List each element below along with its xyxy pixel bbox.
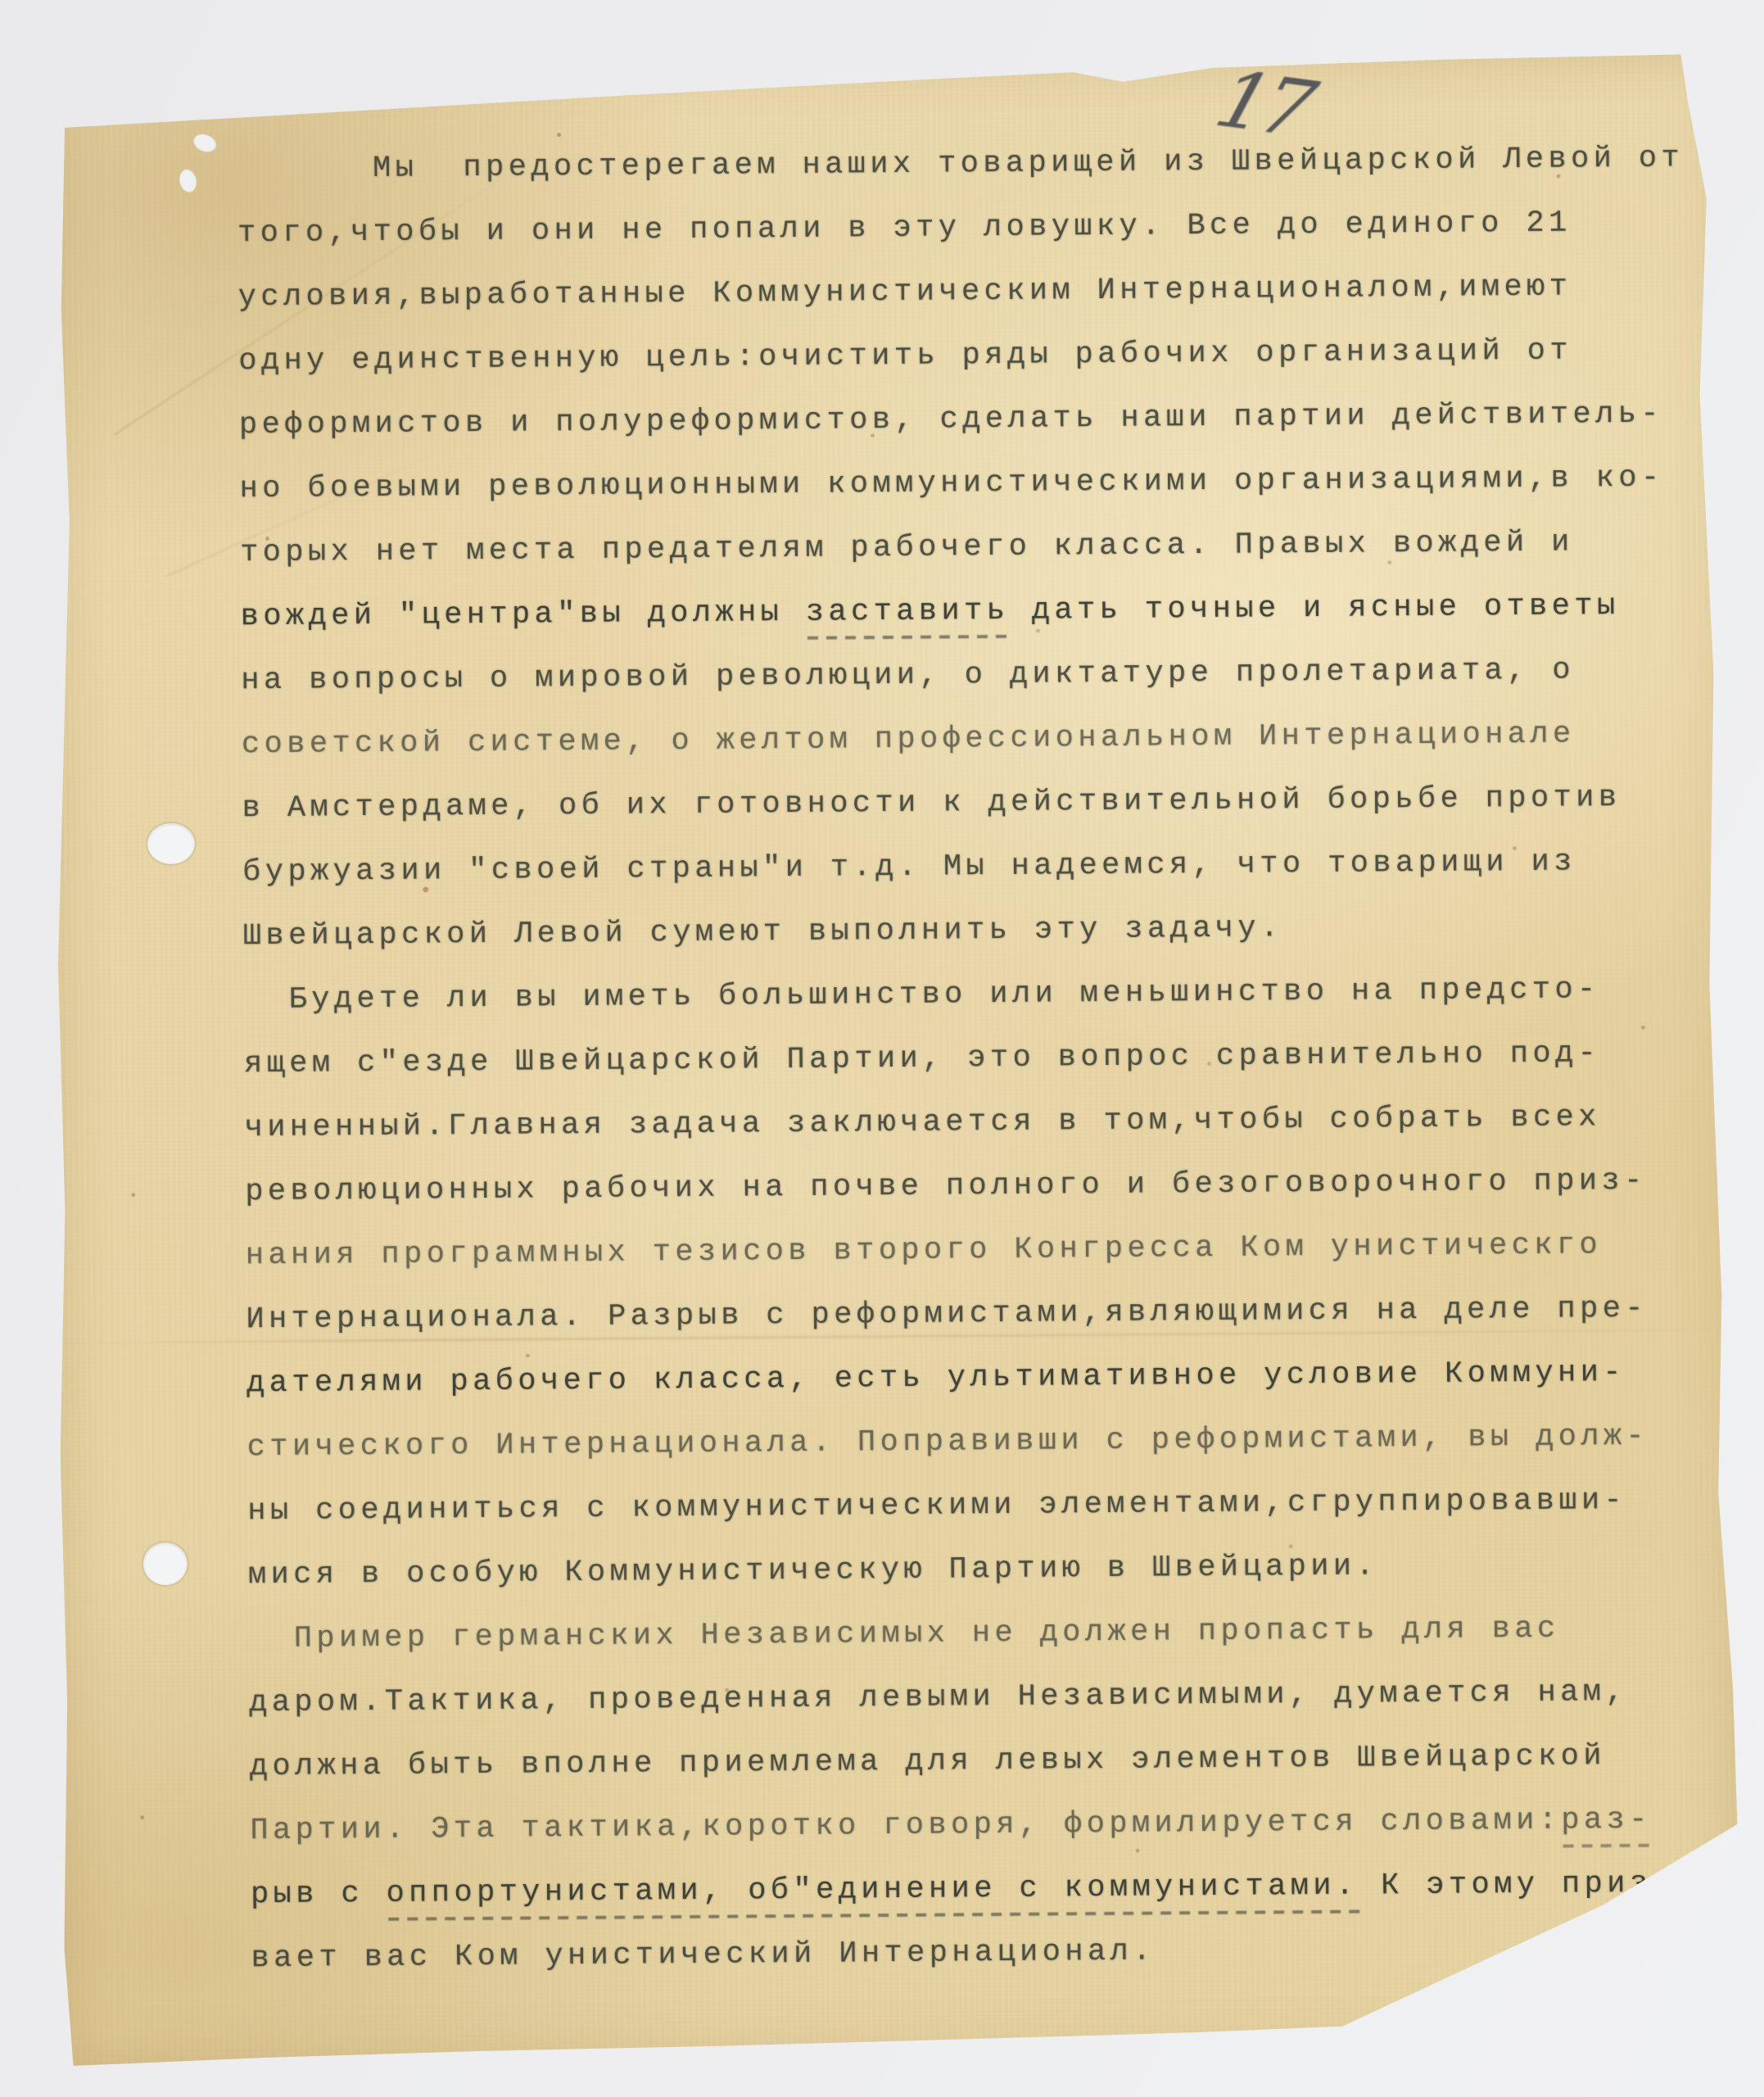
edge-tear [178,168,199,194]
punch-hole [147,823,195,864]
typed-line: Будете ли вы иметь большинство или меньш… [243,957,1743,1032]
typed-line: нания программных тезисов второго Конгре… [246,1212,1745,1288]
punch-hole [143,1542,188,1585]
typed-line: вождей "центра"вы должны заставить дать … [240,573,1739,649]
dashed-underlined-text: оппортунистами, об"единение с коммуниста… [386,1869,1358,1911]
typed-line: в Амстердаме, об их готовности к действи… [242,765,1741,840]
typed-line: торых нет места предателям рабочего клас… [240,510,1739,585]
scan-background: 17 Мы предостерегаем наших товарищей из … [0,0,1764,2097]
typed-line: того,чтобы и они не попали в эту ловушку… [237,190,1737,265]
typed-line: условия,выработанные Коммунистическим Ин… [237,254,1737,329]
edge-tear [191,131,218,155]
typed-line: должна быть вполне приемлема для левых э… [249,1723,1748,1799]
typed-line: ны соединиться с коммунистическими элеме… [247,1468,1747,1543]
typed-line: Пример германских Независимых не должен … [248,1596,1748,1671]
typed-line: ящем с"езде Швейцарской Партии, это вопр… [244,1021,1744,1096]
typed-line: Интернационала. Разрыв с реформистами,яв… [246,1276,1745,1352]
dashed-underlined-text: заставить [806,594,1010,630]
typed-text: Мы предостерегаем наших товарищей из Шве… [237,126,1750,1991]
typed-line: на вопросы о мировой революции, о диктат… [241,637,1740,713]
typed-line: Мы предостерегаем наших товарищей из Шве… [237,126,1736,202]
typed-line: стического Интернационала. Поправивши с … [247,1404,1746,1479]
typed-line: рыв с оппортунистами, об"единение с комм… [251,1851,1750,1927]
typed-line: даром.Тактика, проведенная левыми Незави… [249,1660,1748,1735]
document-page: 17 Мы предостерегаем наших товарищей из … [49,51,1739,2067]
typed-line: чиненный.Главная задача заключается в то… [244,1085,1744,1160]
typed-line: реформистов и полуреформистов, сделать н… [239,382,1739,457]
typed-line: советской системе, о желтом профессионал… [242,701,1741,777]
dashed-underlined-text: раз- [1561,1803,1652,1838]
typed-line: мися в особую Коммунистическую Партию в … [248,1532,1748,1607]
typed-line: дателями рабочего класса, есть ультимати… [247,1340,1746,1415]
typed-line: Партии. Эта тактика,коротко говоря, форм… [250,1787,1749,1863]
typed-line: но боевыми революционными коммунистическ… [239,446,1739,521]
typed-line: буржуазии "своей страны"и т.д. Мы надеем… [242,829,1742,904]
typed-line: одну единственную цель:очистить ряды раб… [238,318,1738,393]
paper-fiber-specks [49,64,52,66]
typed-line: революционных рабочих на почве полного и… [245,1148,1744,1224]
typed-line: вает вас Ком унистический Интернационал. [251,1915,1750,1991]
typed-line: Швейцарской Левой сумеют выполнить эту з… [242,893,1742,968]
